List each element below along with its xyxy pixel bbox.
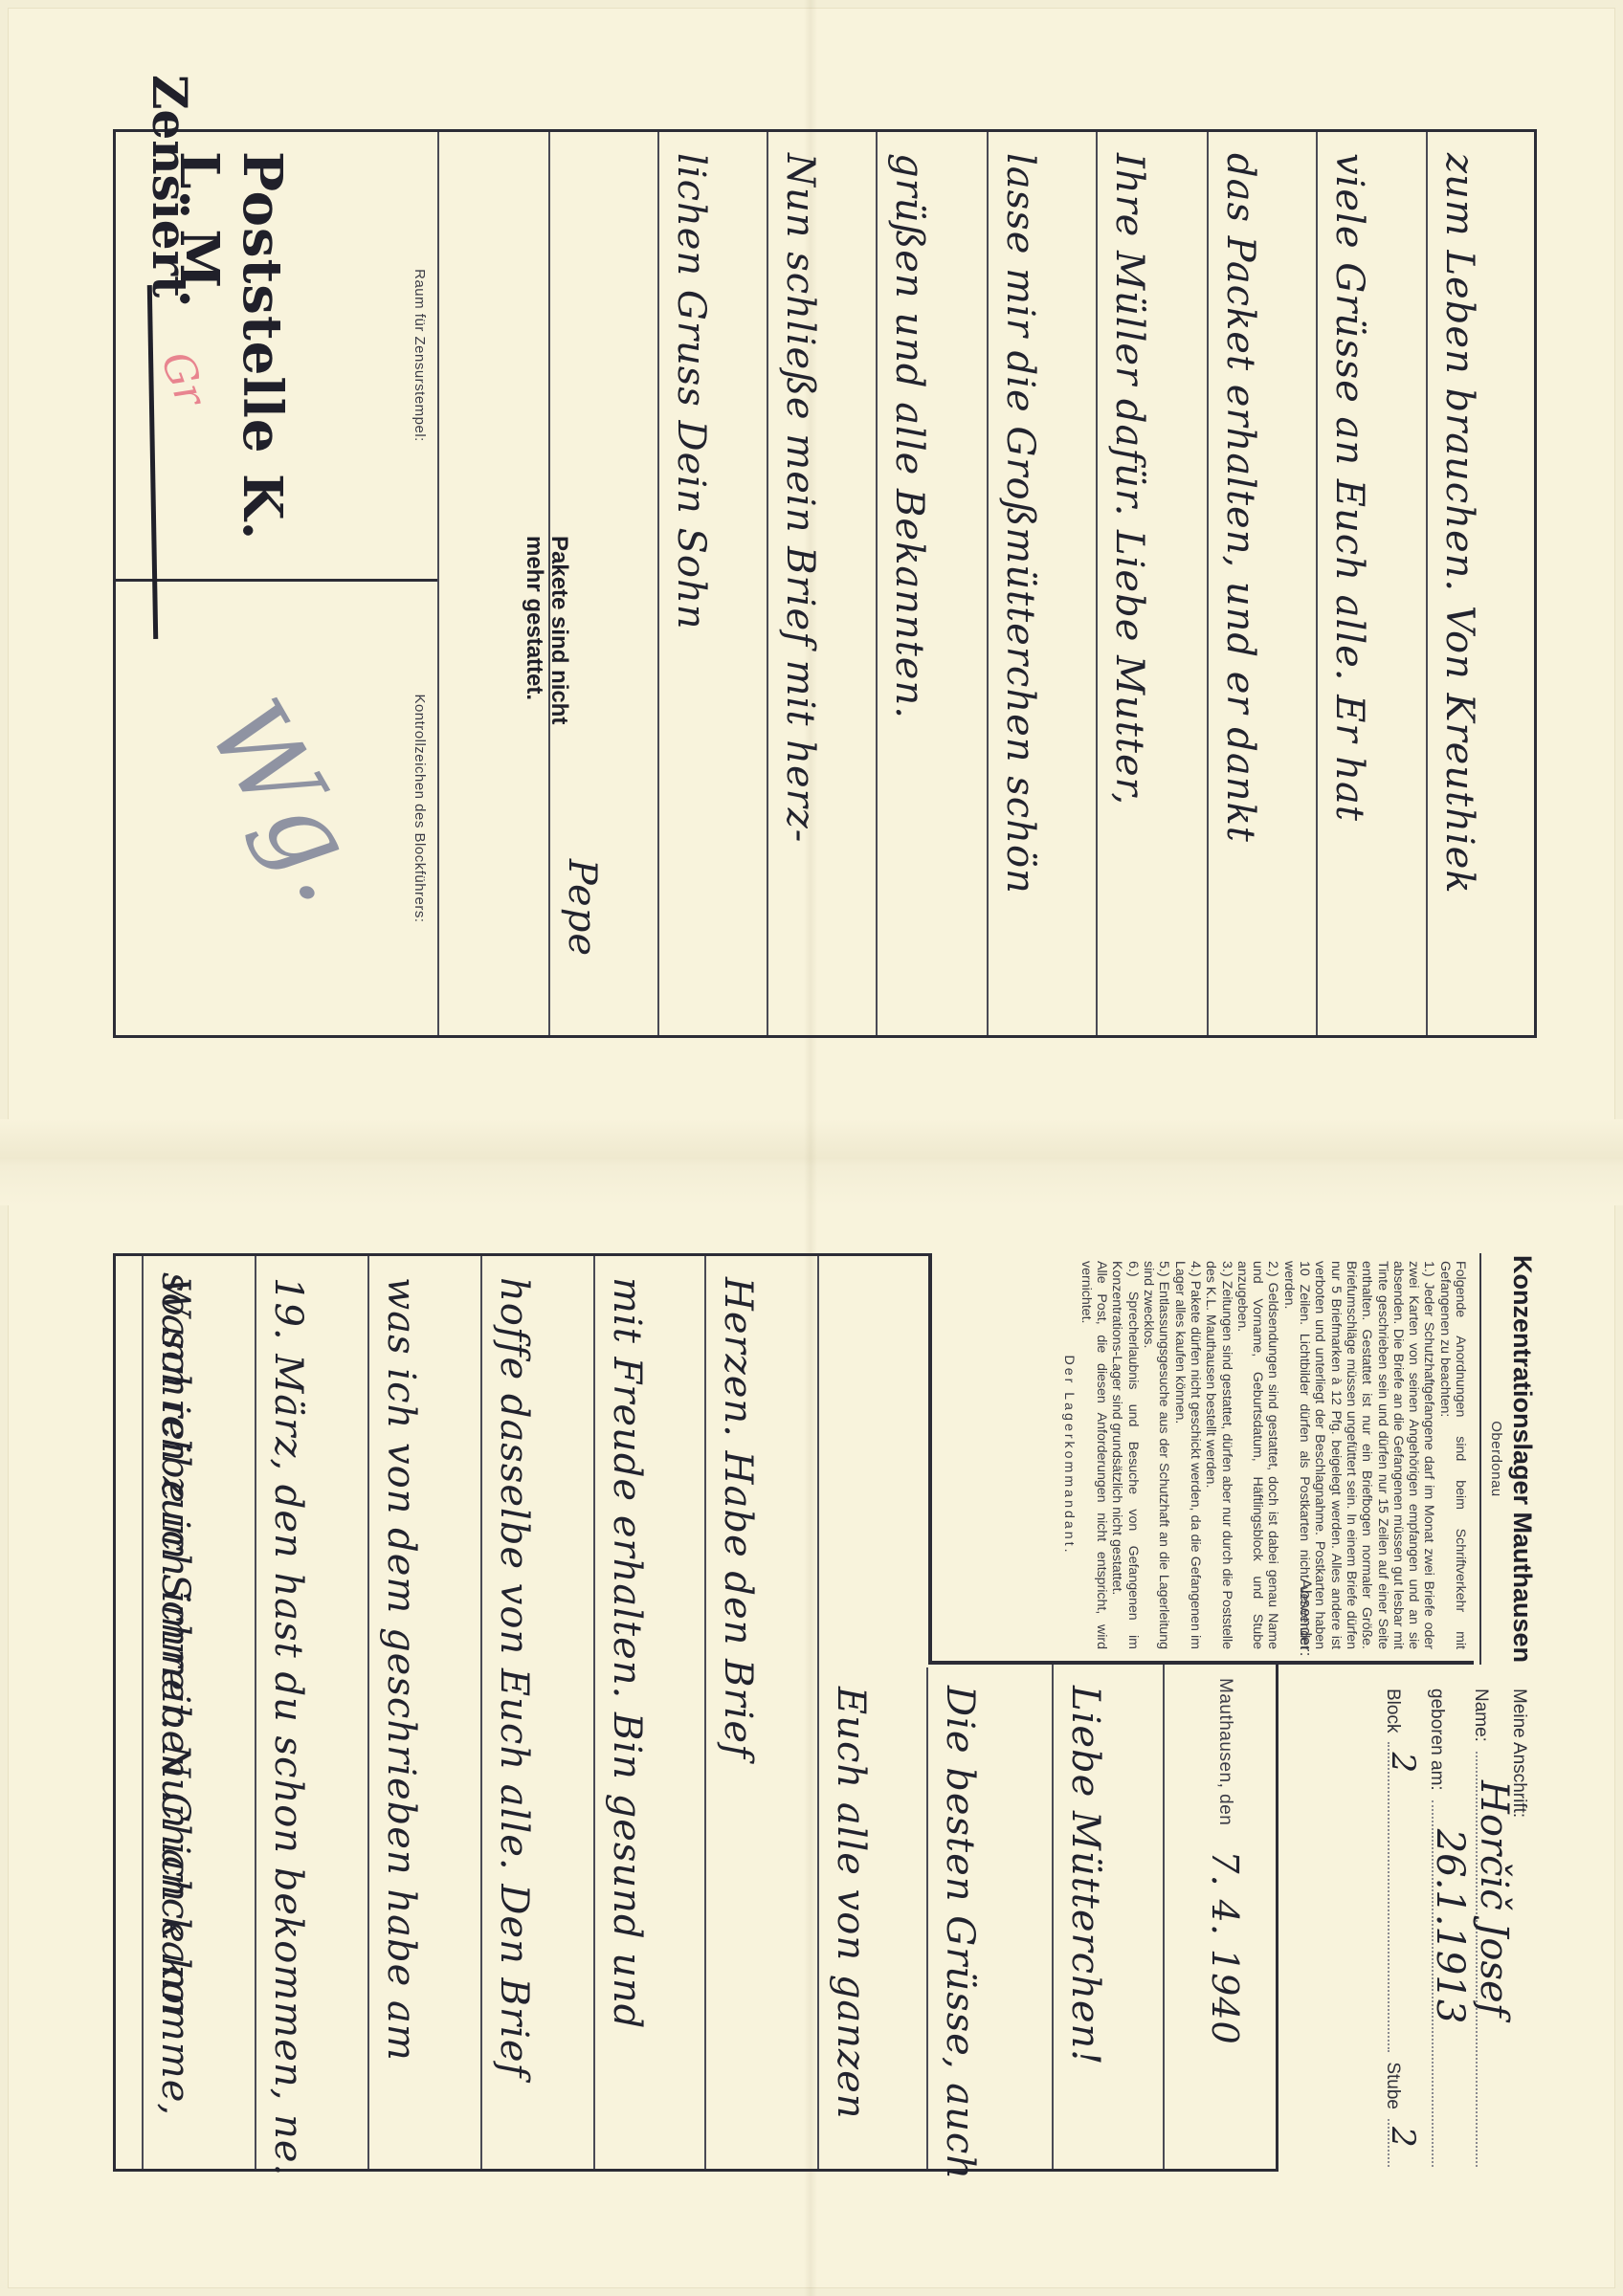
handwritten-text: zum Leben brauchen. Von Kreuthiek [1437,153,1481,894]
letter-line: Ihre Müller dafür. Liebe Mutter, [1096,132,1207,1035]
letter-line: Die besten Grüsse, auch [928,1665,1052,2169]
upper-frame: zum Leben brauchen. Von Kreuthiek viele … [113,129,1537,1038]
letter-line: Nun schließe mein Brief mit herz- [767,132,876,1035]
birthdate-dotted-line: 26.1.1913 [1432,1800,1434,2167]
letter-date: 7. 4. 1940 [1204,1850,1246,2044]
zensiert-stamp: Zensiert [142,75,198,298]
name-label: Name: [1470,1689,1491,1742]
letter-line: lasse mir die Großmütterchen schön [987,132,1096,1035]
packages-notice-line1: Pakete sind nicht [546,536,571,724]
letter-line [437,132,548,1035]
lower-writing-frame: Mauthausen, den 7. 4. 1940 Liebe Mütterc… [928,1665,1278,2172]
block-stube-field: Block 2 Stube 2 [1382,1689,1403,2167]
letter-line: mit Freude erhalten. Bin gesund und [593,1256,704,2169]
place-date-label: Mauthausen, den [1214,1678,1235,1825]
regulation-6: 6.) Sprecherlaubnis und Besuche von Gefa… [1109,1261,1141,1649]
handwritten-text: Euch alle von ganzen [829,1687,873,2120]
handwritten-text-last: so schreibe ich immer. Nun ich kann [153,1272,197,2016]
regulations-intro: Folgende Anordnungen sind beim Schriftve… [1436,1261,1468,1649]
regulations-box: Folgende Anordnungen sind beim Schriftve… [928,1253,1474,1665]
regulation-2: 2.) Geldsendungen sind gestattet, doch i… [1234,1261,1281,1649]
letter-line: zum Leben brauchen. Von Kreuthiek [1426,132,1534,1035]
block-value: 2 [1384,1752,1422,1773]
name-dotted-line: Horčič Josef [1476,1752,1478,2167]
handwritten-text: Die besten Grüsse, auch [938,1686,982,2180]
letter-line [116,1256,142,2169]
handwritten-text: Herzen. Habe den Brief [716,1277,760,1759]
camp-subtitle: Oberdonau [1488,1253,1504,1665]
handwritten-text: Liebe Mütterchen! [1063,1686,1107,2065]
handwritten-text: mit Freude erhalten. Bin gesund und [605,1277,649,2029]
letter-line: Euch alle von ganzen [817,1256,928,2169]
control-label: Kontrollzeichen des Blockführers: [411,582,428,1035]
letter-line: Liebe Mütterchen! [1052,1665,1163,2169]
upper-letter-sheet: zum Leben brauchen. Von Kreuthiek viele … [113,129,1537,1038]
commandant-signoff: Der Lagerkommandant. [1060,1261,1076,1649]
place-date-row: Mauthausen, den 7. 4. 1940 [1163,1665,1276,2169]
handwritten-text: hoffe dasselbe von Euch alle. Den Brief [492,1277,536,2078]
camp-title: Konzentrationslager Mauthausen [1507,1253,1537,1665]
blockfuehrer-signature: Wg. [185,680,395,922]
handwritten-text: grüßen und alle Bekannten. [887,153,931,719]
letter-line: was ich von dem geschrieben habe am [367,1256,480,2169]
censor-stamp-box: Raum für Zensurstempel: Poststelle K. L.… [116,132,437,582]
regulation-1: 1.) Jeder Schutzhaftgefangene darf im Mo… [1280,1261,1436,1649]
handwritten-text: das Packet erhalten, und er dankt [1218,153,1262,843]
block-dotted-line: 2 [1388,1742,1390,2052]
handwritten-text: viele Grüsse an Euch alle. Er hat [1327,153,1371,822]
handwritten-text: Ihre Müller dafür. Liebe Mutter, [1107,153,1151,806]
handwritten-text: lasse mir die Großmütterchen schön [998,153,1042,894]
stube-label: Stube [1382,2062,1403,2109]
birthdate-label: geboren am: [1426,1689,1447,1791]
handwritten-text: 19. März, den hast du schon bekommen, ne… [266,1277,310,2176]
handwritten-text: was ich von dem geschrieben habe am [379,1277,423,2062]
name-value: Horčič Josef [1472,1780,1516,2018]
regulation-closing: Alle Post, die diesen Anforderungen nich… [1078,1261,1110,1649]
letter-line: Herzen. Habe den Brief [704,1256,817,2169]
handwritten-text: lichen Gruss Dein Sohn [669,153,713,630]
regulation-4: 4.) Pakete dürfen nicht geschickt werden… [1171,1261,1203,1649]
signature-pepe: Pepe [560,859,604,957]
letter-line: lichen Gruss Dein Sohn [657,132,767,1035]
birthdate-value: 26.1.1913 [1428,1829,1472,2024]
sender-address: Meine Anschrift: Name: Horčič Josef gebo… [1382,1689,1529,2167]
letter-line: hoffe dasselbe von Euch alle. Den Brief [480,1256,593,2169]
regulation-3: 3.) Zeitungen sind gestattet, dürfen abe… [1203,1261,1234,1649]
letter-line: 19. März, den hast du schon bekommen, ne… [255,1256,367,2169]
letter-line: viele Grüsse an Euch alle. Er hat [1316,132,1426,1035]
name-field: Name: Horčič Josef [1470,1689,1491,2167]
birthdate-field: geboren am: 26.1.1913 [1426,1689,1447,2167]
letter-line: das Packet erhalten, und er dankt [1207,132,1316,1035]
blockfuehrer-control-box: Kontrollzeichen des Blockführers: Wg. [116,582,437,1035]
letter-line: Pakete sind nicht mehr gestattet. Pepe [548,132,657,1035]
stube-dotted-line: 2 [1388,2119,1390,2167]
handwritten-text: Nun schließe mein Brief mit herz- [778,153,822,843]
lower-main-frame: Euch alle von ganzen Herzen. Habe den Br… [113,1253,928,2172]
lower-letter-sheet: Konzentrationslager Mauthausen Oberdonau… [113,1253,1537,2172]
block-label: Block [1382,1689,1403,1733]
letter-line: grüßen und alle Bekannten. [876,132,987,1035]
regulation-5: 5.) Entlassungsgesuche aus der Schutzhaf… [1141,1261,1172,1649]
censor-label: Raum für Zensurstempel: [411,132,428,579]
stube-value: 2 [1384,2127,1422,2148]
header-rule [1479,1253,1481,1665]
